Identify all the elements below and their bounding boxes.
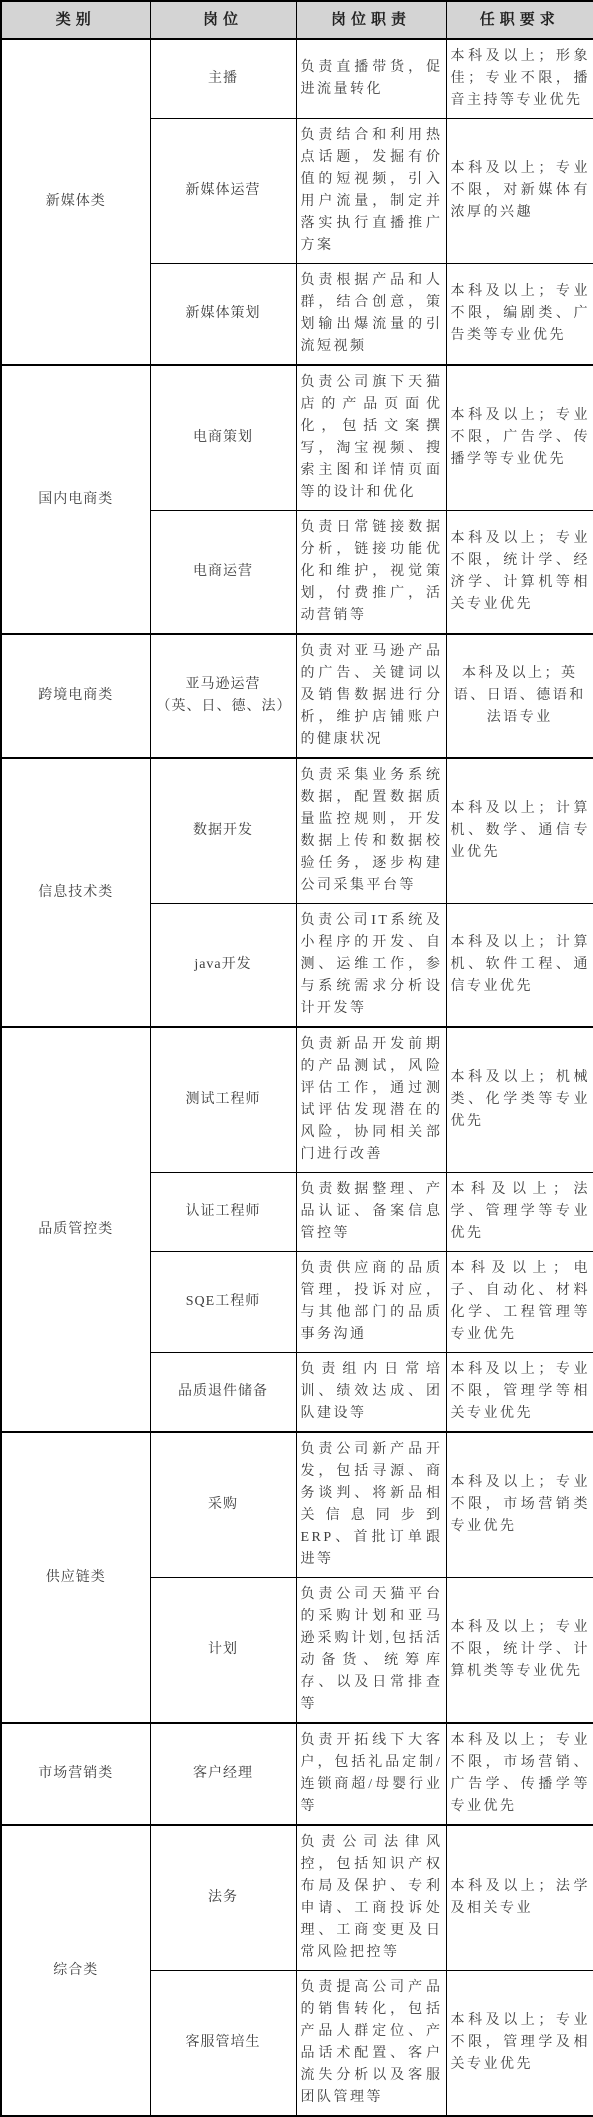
- header-cell-requirement: 任职要求: [446, 1, 593, 39]
- duty-cell: 负责根据产品和人群，结合创意，策划输出爆流量的引流短视频: [296, 264, 446, 366]
- requirement-cell: 本科及以上；专业不限，对新媒体有浓厚的兴趣: [446, 119, 593, 264]
- table-row: 跨境电商类亚马逊运营 （英、日、德、法）负责对亚马逊产品的广告、关键词以及销售数…: [1, 634, 593, 758]
- duty-cell: 负责数据整理、产品认证、备案信息管控等: [296, 1173, 446, 1252]
- position-cell: 法务: [150, 1825, 296, 1971]
- requirement-cell: 本科及以上；法学、管理学等专业优先: [446, 1173, 593, 1252]
- table-row: 供应链类采购负责公司新产品开发，包括寻源、商务谈判、将新品相关信息同步到ERP、…: [1, 1432, 593, 1578]
- requirement-cell: 本科及以上；电子、自动化、材料化学、工程管理等专业优先: [446, 1252, 593, 1353]
- requirement-cell: 本科及以上；专业不限，市场营销类专业优先: [446, 1432, 593, 1578]
- position-cell: 客服管培生: [150, 1971, 296, 2117]
- requirement-cell: 本科及以上；法学及相关专业: [446, 1825, 593, 1971]
- position-cell: java开发: [150, 904, 296, 1028]
- position-cell: 新媒体运营: [150, 119, 296, 264]
- requirement-cell: 本科及以上；专业不限，管理学及相关专业优先: [446, 1971, 593, 2117]
- table-header: 类别 岗位 岗位职责 任职要求: [1, 1, 593, 39]
- position-cell: 认证工程师: [150, 1173, 296, 1252]
- requirement-cell: 本科及以上；专业不限，统计学、计算机类等专业优先: [446, 1578, 593, 1724]
- position-cell: 采购: [150, 1432, 296, 1578]
- requirement-cell: 本科及以上；专业不限，统计学、经济学、计算机等相关专业优先: [446, 511, 593, 635]
- duty-cell: 负责结合和利用热点话题，发掘有价值的短视频，引入用户流量，制定并落实执行直播推广…: [296, 119, 446, 264]
- duty-cell: 负责直播带货，促进流量转化: [296, 39, 446, 119]
- category-cell: 市场营销类: [1, 1723, 150, 1825]
- requirement-cell: 本科及以上；形象佳；专业不限，播音主持等专业优先: [446, 39, 593, 119]
- table-row: 新媒体类主播负责直播带货，促进流量转化本科及以上；形象佳；专业不限，播音主持等专…: [1, 39, 593, 119]
- duty-cell: 负责采集业务系统数据，配置数据质量监控规则，开发数据上传和数据校验任务，逐步构建…: [296, 758, 446, 904]
- job-positions-table: 类别 岗位 岗位职责 任职要求 新媒体类主播负责直播带货，促进流量转化本科及以上…: [0, 0, 593, 2117]
- duty-cell: 负责日常链接数据分析，链接功能优化和维护，视觉策划，付费推广，活动营销等: [296, 511, 446, 635]
- position-cell: SQE工程师: [150, 1252, 296, 1353]
- header-cell-position: 岗位: [150, 1, 296, 39]
- requirement-cell: 本科及以上；计算机、软件工程、通信专业优先: [446, 904, 593, 1028]
- requirement-cell: 本科及以上；英语、日语、德语和法语专业: [446, 634, 593, 758]
- position-cell: 测试工程师: [150, 1027, 296, 1173]
- position-cell: 电商策划: [150, 365, 296, 511]
- duty-cell: 负责新品开发前期的产品测试，风险评估工作，通过测试评估发现潜在的风险，协同相关部…: [296, 1027, 446, 1173]
- table-row: 信息技术类数据开发负责采集业务系统数据，配置数据质量监控规则，开发数据上传和数据…: [1, 758, 593, 904]
- duty-cell: 负责开拓线下大客户，包括礼品定制/连锁商超/母婴行业等: [296, 1723, 446, 1825]
- requirement-cell: 本科及以上；机械类、化学类等专业优先: [446, 1027, 593, 1173]
- table-row: 国内电商类电商策划负责公司旗下天猫店的产品页面优化，包括文案撰写，淘宝视频、搜索…: [1, 365, 593, 511]
- position-cell: 品质退件储备: [150, 1353, 296, 1433]
- table-row: 市场营销类客户经理负责开拓线下大客户，包括礼品定制/连锁商超/母婴行业等本科及以…: [1, 1723, 593, 1825]
- header-cell-category: 类别: [1, 1, 150, 39]
- table-row: 品质管控类测试工程师负责新品开发前期的产品测试，风险评估工作，通过测试评估发现潜…: [1, 1027, 593, 1173]
- header-row: 类别 岗位 岗位职责 任职要求: [1, 1, 593, 39]
- duty-cell: 负责供应商的品质管理，投诉对应，与其他部门的品质事务沟通: [296, 1252, 446, 1353]
- category-cell: 综合类: [1, 1825, 150, 2116]
- duty-cell: 负责提高公司产品的销售转化，包括产品人群定位、产品话术配置、客户流失分析以及客服…: [296, 1971, 446, 2117]
- requirement-cell: 本科及以上；计算机、数学、通信专业优先: [446, 758, 593, 904]
- position-cell: 数据开发: [150, 758, 296, 904]
- position-cell: 电商运营: [150, 511, 296, 635]
- position-cell: 主播: [150, 39, 296, 119]
- requirement-cell: 本科及以上；专业不限，编剧类、广告类等专业优先: [446, 264, 593, 366]
- requirement-cell: 本科及以上；专业不限，市场营销、广告学、传播学等专业优先: [446, 1723, 593, 1825]
- header-cell-duty: 岗位职责: [296, 1, 446, 39]
- duty-cell: 负责公司旗下天猫店的产品页面优化，包括文案撰写，淘宝视频、搜索主图和详情页面等的…: [296, 365, 446, 511]
- category-cell: 国内电商类: [1, 365, 150, 634]
- position-cell: 客户经理: [150, 1723, 296, 1825]
- duty-cell: 负责组内日常培训、绩效达成、团队建设等: [296, 1353, 446, 1433]
- table-row: 综合类法务负责公司法律风控，包括知识产权布局及保护、专利申请、工商投诉处理、工商…: [1, 1825, 593, 1971]
- duty-cell: 负责公司新产品开发，包括寻源、商务谈判、将新品相关信息同步到ERP、首批订单跟进…: [296, 1432, 446, 1578]
- position-cell: 新媒体策划: [150, 264, 296, 366]
- category-cell: 新媒体类: [1, 39, 150, 365]
- requirement-cell: 本科及以上；专业不限，管理学等相关专业优先: [446, 1353, 593, 1433]
- duty-cell: 负责公司IT系统及小程序的开发、自测、运维工作，参与系统需求分析设计开发等: [296, 904, 446, 1028]
- duty-cell: 负责对亚马逊产品的广告、关键词以及销售数据进行分析，维护店铺账户的健康状况: [296, 634, 446, 758]
- table-body: 新媒体类主播负责直播带货，促进流量转化本科及以上；形象佳；专业不限，播音主持等专…: [1, 39, 593, 2116]
- category-cell: 跨境电商类: [1, 634, 150, 758]
- category-cell: 品质管控类: [1, 1027, 150, 1432]
- category-cell: 信息技术类: [1, 758, 150, 1027]
- duty-cell: 负责公司法律风控，包括知识产权布局及保护、专利申请、工商投诉处理、工商变更及日常…: [296, 1825, 446, 1971]
- position-cell: 计划: [150, 1578, 296, 1724]
- position-cell: 亚马逊运营 （英、日、德、法）: [150, 634, 296, 758]
- category-cell: 供应链类: [1, 1432, 150, 1723]
- duty-cell: 负责公司天猫平台的采购计划和亚马逊采购计划,包括活动备货、统筹库存、以及日常排查…: [296, 1578, 446, 1724]
- requirement-cell: 本科及以上；专业不限，广告学、传播学等专业优先: [446, 365, 593, 511]
